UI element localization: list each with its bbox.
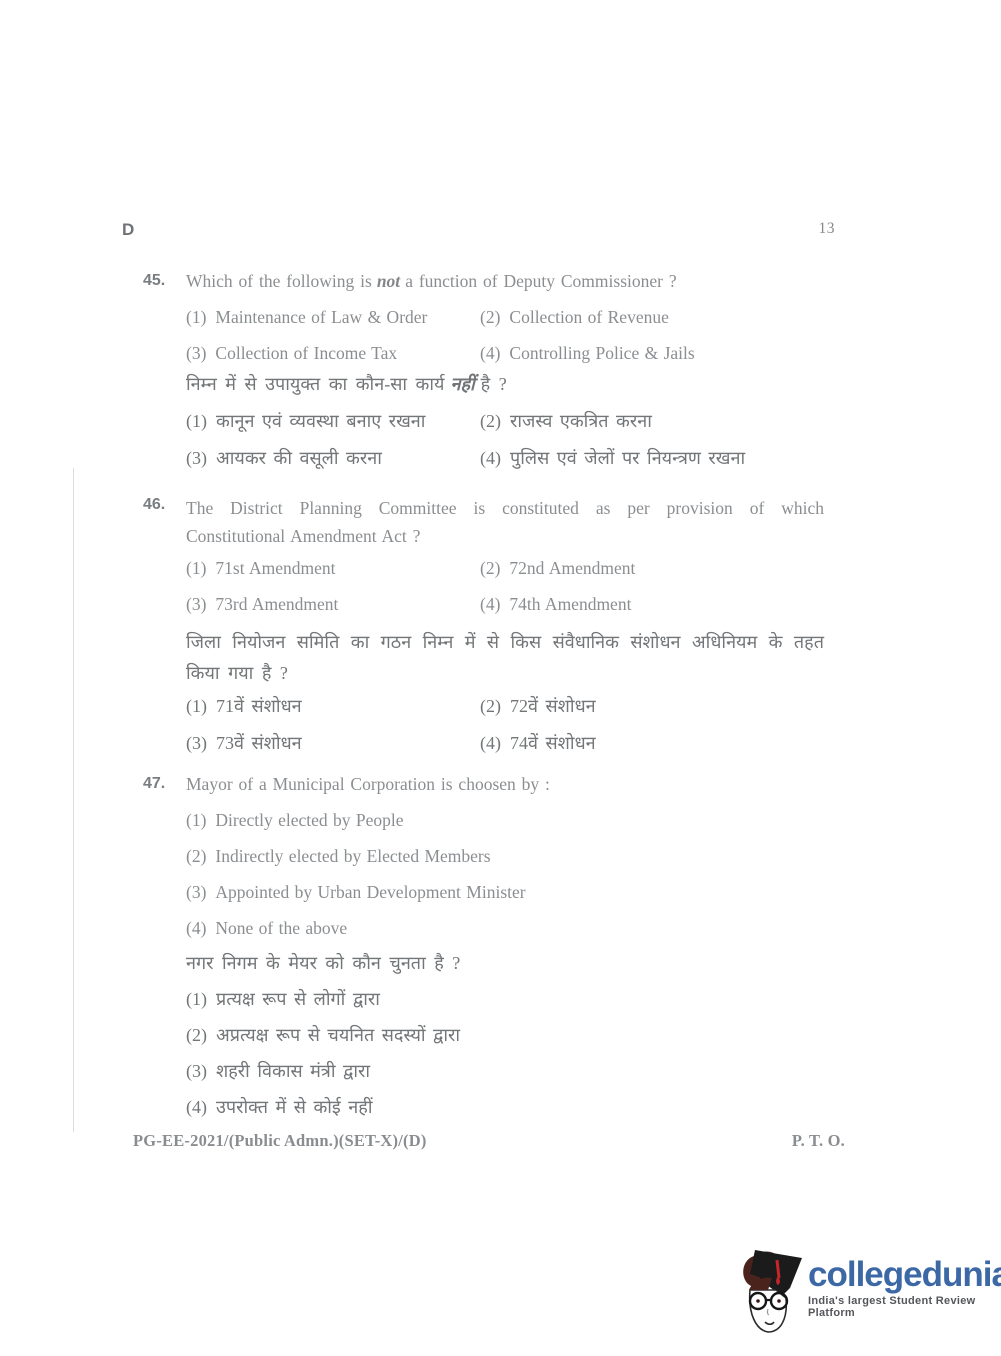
option-number: (4) [480, 594, 500, 615]
question-47-head: 47. Mayor of a Municipal Corporation is … [143, 773, 853, 795]
set-letter: D [122, 220, 134, 240]
question-text-hi: निम्न में से उपायुक्त का कौन-सा कार्यनही… [186, 372, 853, 396]
option-row: (2)राजस्व एकत्रित करना [480, 409, 853, 433]
collegedunia-mascot-icon [738, 1246, 806, 1340]
option-text: 72वें संशोधन [510, 694, 596, 718]
option-row: (1)Directly elected by People [186, 810, 853, 831]
question-text-en: The District Planning Committee is const… [186, 494, 824, 550]
option-row: (1)प्रत्यक्ष रूप से लोगों द्वारा [186, 987, 853, 1011]
question-hi-line-1: जिला नियोजन समिति का गठन निम्न में से कि… [186, 627, 824, 658]
option-text: 71वें संशोधन [216, 694, 302, 718]
page-header: D 13 [122, 220, 835, 240]
brand-line: collegedunia com [808, 1258, 1001, 1292]
option-number: (3) [186, 1059, 207, 1083]
option-text: Maintenance of Law & Order [215, 307, 427, 328]
option-number: (1) [186, 409, 207, 433]
option-row: (3)Appointed by Urban Development Minist… [186, 882, 853, 903]
question-text-post: a function of Deputy Commissioner ? [405, 271, 676, 291]
option-row: (1)71st Amendment [186, 558, 480, 579]
option-text: 71st Amendment [215, 558, 335, 579]
option-row: (1)कानून एवं व्यवस्था बनाए रखना [186, 409, 480, 433]
option-text: Indirectly elected by Elected Members [215, 846, 490, 867]
question-number: 46. [143, 494, 186, 550]
option-text: 73rd Amendment [215, 594, 338, 615]
brand-wordmark: collegedunia [808, 1258, 1001, 1292]
option-text: उपरोक्त में से कोई नहीं [216, 1095, 373, 1119]
page-number: 13 [819, 220, 836, 238]
option-text: प्रत्यक्ष रूप से लोगों द्वारा [216, 987, 380, 1011]
option-number: (2) [480, 307, 500, 328]
emphasized-word-hi: नहीं [450, 374, 474, 394]
option-number: (2) [480, 694, 501, 718]
option-number: (2) [480, 558, 500, 579]
option-text: शहरी विकास मंत्री द्वारा [216, 1059, 370, 1083]
scan-edge-artifact [73, 468, 74, 1132]
question-text-hi-post: है ? [481, 374, 507, 394]
logo-text-column: collegedunia com India's largest Student… [808, 1258, 1001, 1319]
option-text: Collection of Income Tax [215, 343, 397, 364]
question-line-2: Constitutional Amendment Act ? [186, 522, 824, 550]
page-footer: PG-EE-2021/(Public Admn.)(SET-X)/(D) P. … [133, 1131, 845, 1151]
option-text: कानून एवं व्यवस्था बनाए रखना [216, 409, 425, 433]
option-number: (4) [480, 343, 500, 364]
option-text: Appointed by Urban Development Minister [215, 882, 525, 903]
option-row: (4)पुलिस एवं जेलों पर नियन्त्रण रखना [480, 446, 853, 470]
question-45-head: 45. Which of the following isnota functi… [143, 270, 853, 292]
question-text-hi: जिला नियोजन समिति का गठन निम्न में से कि… [186, 627, 824, 689]
question-number: 45. [143, 270, 186, 292]
option-text: 74th Amendment [509, 594, 631, 615]
option-number: (2) [186, 1023, 207, 1047]
paper-code: PG-EE-2021/(Public Admn.)(SET-X)/(D) [133, 1131, 427, 1151]
option-number: (1) [186, 810, 206, 831]
options-en: (1)71st Amendment (2)72nd Amendment (3)7… [186, 558, 853, 615]
option-row: (2)अप्रत्यक्ष रूप से चयनित सदस्यों द्वार… [186, 1023, 853, 1047]
option-row: (2)72nd Amendment [480, 558, 853, 579]
question-text-en: Mayor of a Municipal Corporation is choo… [186, 773, 550, 795]
option-number: (1) [186, 694, 207, 718]
option-row: (2)Collection of Revenue [480, 307, 853, 328]
option-number: (4) [186, 918, 206, 939]
option-row: (3)73rd Amendment [186, 594, 480, 615]
question-47: 47. Mayor of a Municipal Corporation is … [143, 773, 853, 1119]
options-en: (1)Directly elected by People (2)Indirec… [186, 810, 853, 939]
option-text: अप्रत्यक्ष रूप से चयनित सदस्यों द्वारा [216, 1023, 460, 1047]
options-hi: (1)71वें संशोधन (2)72वें संशोधन (3)73वें… [186, 694, 853, 755]
option-number: (4) [480, 446, 501, 470]
options-en: (1)Maintenance of Law & Order (2)Collect… [186, 307, 853, 364]
question-number: 47. [143, 773, 186, 795]
option-text: Controlling Police & Jails [509, 343, 694, 364]
option-text: Collection of Revenue [509, 307, 668, 328]
emphasized-word: not [377, 271, 400, 291]
option-text: पुलिस एवं जेलों पर नियन्त्रण रखना [510, 446, 745, 470]
collegedunia-logo[interactable]: collegedunia com India's largest Student… [738, 1246, 1001, 1340]
option-number: (1) [186, 558, 206, 579]
option-text: None of the above [215, 918, 347, 939]
option-number: (2) [186, 846, 206, 867]
question-text-en: Which of the following isnota function o… [186, 270, 677, 292]
option-row: (4)उपरोक्त में से कोई नहीं [186, 1095, 853, 1119]
question-46-head: 46. The District Planning Committee is c… [143, 494, 853, 550]
option-row: (4)74th Amendment [480, 594, 853, 615]
option-number: (2) [480, 409, 501, 433]
option-number: (4) [480, 731, 501, 755]
option-text: राजस्व एकत्रित करना [510, 409, 652, 433]
option-row: (3)आयकर की वसूली करना [186, 446, 480, 470]
option-number: (3) [186, 594, 206, 615]
brand-tagline: India's largest Student Review Platform [808, 1295, 1001, 1319]
question-text-pre: Which of the following is [186, 271, 372, 291]
exam-paper-page: { "header": { "set_letter": "D", "page_n… [0, 0, 1001, 1356]
option-row: (4)74वें संशोधन [480, 731, 853, 755]
pto-label: P. T. O. [792, 1131, 845, 1151]
question-46: 46. The District Planning Committee is c… [143, 494, 853, 755]
option-number: (3) [186, 882, 206, 903]
question-hi-line-2: किया गया है ? [186, 658, 824, 689]
option-row: (1)71वें संशोधन [186, 694, 480, 718]
option-number: (3) [186, 446, 207, 470]
option-text: 74वें संशोधन [510, 731, 596, 755]
option-row: (3)शहरी विकास मंत्री द्वारा [186, 1059, 853, 1083]
option-row: (1)Maintenance of Law & Order [186, 307, 480, 328]
option-number: (4) [186, 1095, 207, 1119]
option-text: 72nd Amendment [509, 558, 635, 579]
option-row: (4)None of the above [186, 918, 853, 939]
question-text-hi-pre: निम्न में से उपायुक्त का कौन-सा कार्य [186, 374, 444, 394]
option-row: (2)Indirectly elected by Elected Members [186, 846, 853, 867]
question-text-hi: नगर निगम के मेयर को कौन चुनता है ? [186, 951, 853, 975]
option-number: (1) [186, 307, 206, 328]
option-text: आयकर की वसूली करना [216, 446, 382, 470]
option-row: (2)72वें संशोधन [480, 694, 853, 718]
option-number: (1) [186, 987, 207, 1011]
question-45: 45. Which of the following isnota functi… [143, 270, 853, 470]
option-row: (4)Controlling Police & Jails [480, 343, 853, 364]
options-hi: (1)कानून एवं व्यवस्था बनाए रखना (2)राजस्… [186, 409, 853, 470]
option-row: (3)73वें संशोधन [186, 731, 480, 755]
question-line-1: The District Planning Committee is const… [186, 494, 824, 522]
option-text: 73वें संशोधन [216, 731, 302, 755]
option-row: (3)Collection of Income Tax [186, 343, 480, 364]
option-number: (3) [186, 343, 206, 364]
option-number: (3) [186, 731, 207, 755]
options-hi: (1)प्रत्यक्ष रूप से लोगों द्वारा (2)अप्र… [186, 987, 853, 1119]
option-text: Directly elected by People [215, 810, 403, 831]
